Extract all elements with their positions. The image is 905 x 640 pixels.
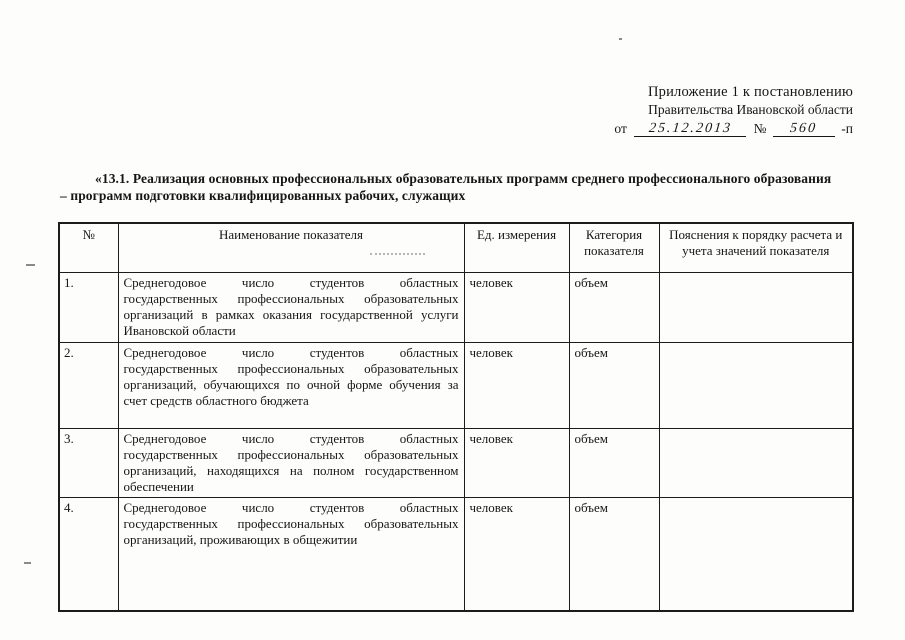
- table-row: 1. Среднегодовое число студентов областн…: [59, 272, 853, 342]
- header-cell-notes: Пояснения к порядку расчета и учета знач…: [659, 223, 853, 272]
- date-number-line: от 25.12.2013 № 560 -п: [614, 120, 853, 137]
- row-number-cell: 1.: [59, 272, 118, 342]
- notes-cell: [659, 497, 853, 611]
- indicator-name-cell: Среднегодовое число студентов областных …: [118, 342, 464, 428]
- unit-cell: человек: [464, 428, 569, 497]
- number-suffix: -п: [841, 121, 853, 136]
- header-cell-name: Наименование показателя: [118, 223, 464, 272]
- from-label: от: [614, 121, 626, 136]
- row-number-cell: 2.: [59, 342, 118, 428]
- date-underline-field: 25.12.2013: [634, 120, 746, 137]
- appendix-reference-line: Приложение 1 к постановлению: [614, 84, 853, 101]
- row-number-cell: 3.: [59, 428, 118, 497]
- header-cell-number: №: [59, 223, 118, 272]
- number-sign: №: [754, 121, 767, 136]
- table-row: 3. Среднегодовое число студентов областн…: [59, 428, 853, 497]
- unit-cell: человек: [464, 272, 569, 342]
- document-header: Приложение 1 к постановлению Правительст…: [614, 84, 853, 137]
- section-title: «13.1. Реализация основных профессиональ…: [60, 170, 855, 204]
- row-number-cell: 4.: [59, 497, 118, 611]
- header-cell-unit: Ед. измерения: [464, 223, 569, 272]
- scanned-document-page: Приложение 1 к постановлению Правительст…: [0, 0, 905, 640]
- indicator-name-cell: Среднегодовое число студентов областных …: [118, 272, 464, 342]
- category-cell: объем: [569, 428, 659, 497]
- category-cell: объем: [569, 272, 659, 342]
- handwritten-date: 25.12.2013: [648, 121, 733, 136]
- header-cell-category: Категория показателя: [569, 223, 659, 272]
- unit-cell: человек: [464, 497, 569, 611]
- table-header-row: № Наименование показателя Ед. измерения …: [59, 223, 853, 272]
- category-cell: объем: [569, 497, 659, 611]
- notes-cell: [659, 342, 853, 428]
- section-title-line2: – программ подготовки квалифицированных …: [60, 187, 855, 204]
- scan-speck-artifact: [619, 38, 622, 40]
- handwritten-number: 560: [790, 121, 819, 136]
- notes-cell: [659, 428, 853, 497]
- section-title-line1: «13.1. Реализация основных профессиональ…: [60, 170, 855, 187]
- indicator-name-cell: Среднегодовое число студентов областных …: [118, 428, 464, 497]
- category-cell: объем: [569, 342, 659, 428]
- table-row: 2. Среднегодовое число студентов областн…: [59, 342, 853, 428]
- notes-cell: [659, 272, 853, 342]
- indicator-name-cell: Среднегодовое число студентов областных …: [118, 497, 464, 611]
- table-row: 4. Среднегодовое число студентов областн…: [59, 497, 853, 611]
- unit-cell: человек: [464, 342, 569, 428]
- number-underline-field: 560: [773, 120, 835, 137]
- scan-dots-artifact: [370, 253, 425, 255]
- scan-dash-artifact: [24, 562, 31, 564]
- government-name-line: Правительства Ивановской области: [614, 101, 853, 118]
- scan-dash-artifact: [26, 264, 35, 266]
- indicators-table: № Наименование показателя Ед. измерения …: [58, 222, 854, 612]
